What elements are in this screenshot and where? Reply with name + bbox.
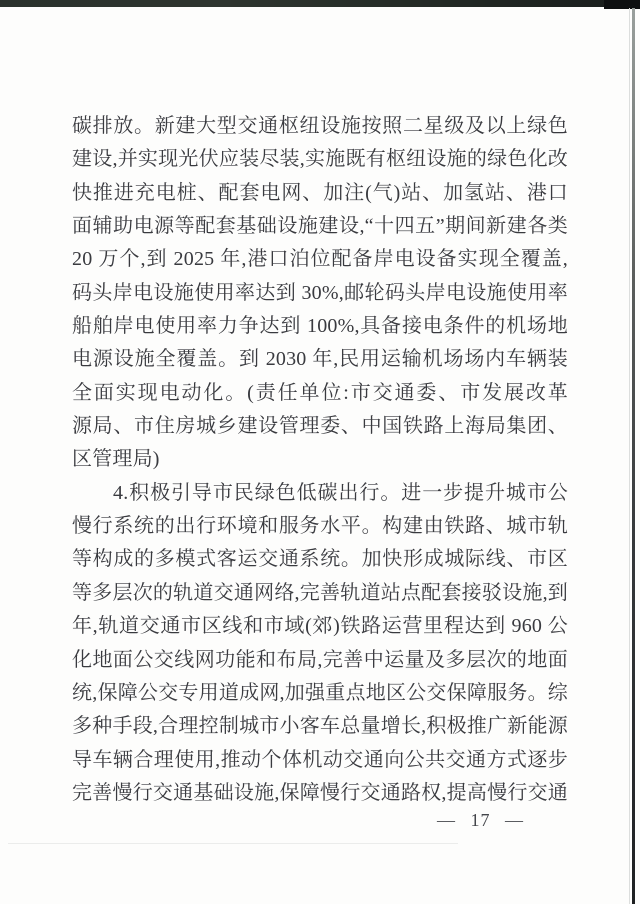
text-line: 面辅助电源等配套基础设施建设,“十四五”期间新建各类充电桩: [72, 210, 568, 243]
scan-fold-artifact: [8, 843, 458, 844]
text-line: 20 万个,到 2025 年,港口泊位配备岸电设备实现全覆盖,集装箱: [72, 243, 568, 276]
page-number: — 17 —: [437, 810, 524, 831]
scan-right-edge: [632, 8, 635, 904]
text-line: 等构成的多模式客运交通系统。加快形成城际线、市区线、局域线: [72, 543, 568, 576]
text-line: 全面实现电动化。(责任单位:市交通委、市发展改革委、市规划资: [72, 377, 568, 410]
text-line: 船舶岸电使用率力争达到 100%,具备接电条件的机场地面辅助: [72, 310, 568, 343]
text-line: 区管理局): [72, 443, 568, 476]
text-line: 统,保障公交专用道成网,加强重点地区公交保障服务。综合运用: [72, 677, 568, 710]
scan-top-edge: [0, 0, 640, 7]
text-line: 碳排放。新建大型交通枢纽设施按照二星级及以上绿色建筑标准: [72, 110, 568, 143]
text-line: 电源设施全覆盖。到 2030 年,民用运输机场场内车辆装备等力争: [72, 343, 568, 376]
text-line: 慢行系统的出行环境和服务水平。构建由铁路、城市轨道和公交: [72, 510, 568, 543]
document-page: 碳排放。新建大型交通枢纽设施按照二星级及以上绿色建筑标准 建设,并实现光伏应装尽…: [0, 0, 640, 904]
text-line: 等多层次的轨道交通网络,完善轨道站点配套接驳设施,到 2025: [72, 577, 568, 610]
document-body: 碳排放。新建大型交通枢纽设施按照二星级及以上绿色建筑标准 建设,并实现光伏应装尽…: [72, 110, 568, 810]
text-line: 完善慢行交通基础设施,保障慢行交通路权,提高慢行交通网络的: [72, 777, 568, 810]
text-line: 源局、市住房城乡建设管理委、中国铁路上海局集团、民航华东地: [72, 410, 568, 443]
text-line: 多种手段,合理控制城市小客车总量增长,积极推广新能源车,引: [72, 710, 568, 743]
text-line-paragraph-start: 4.积极引导市民绿色低碳出行。进一步提升城市公共交通和: [72, 477, 568, 510]
text-line: 年,轨道交通市区线和市域(郊)铁路运营里程达到 960 公里。优: [72, 610, 568, 643]
text-line: 导车辆合理使用,推动个体机动交通向公共交通方式逐步转移。: [72, 744, 568, 777]
scan-right-edge-highlight: [629, 8, 630, 904]
text-line: 建设,并实现光伏应装尽装,实施既有枢纽设施的绿色化改造。加: [72, 143, 568, 176]
text-line: 快推进充电桩、配套电网、加注(气)站、加氢站、港口岸电、机场地: [72, 177, 568, 210]
text-line: 化地面公交线网功能和布局,完善中运量及多层次的地面公交系: [72, 644, 568, 677]
text-line: 码头岸电设施使用率达到 30%,邮轮码头岸电设施使用率和港作: [72, 277, 568, 310]
